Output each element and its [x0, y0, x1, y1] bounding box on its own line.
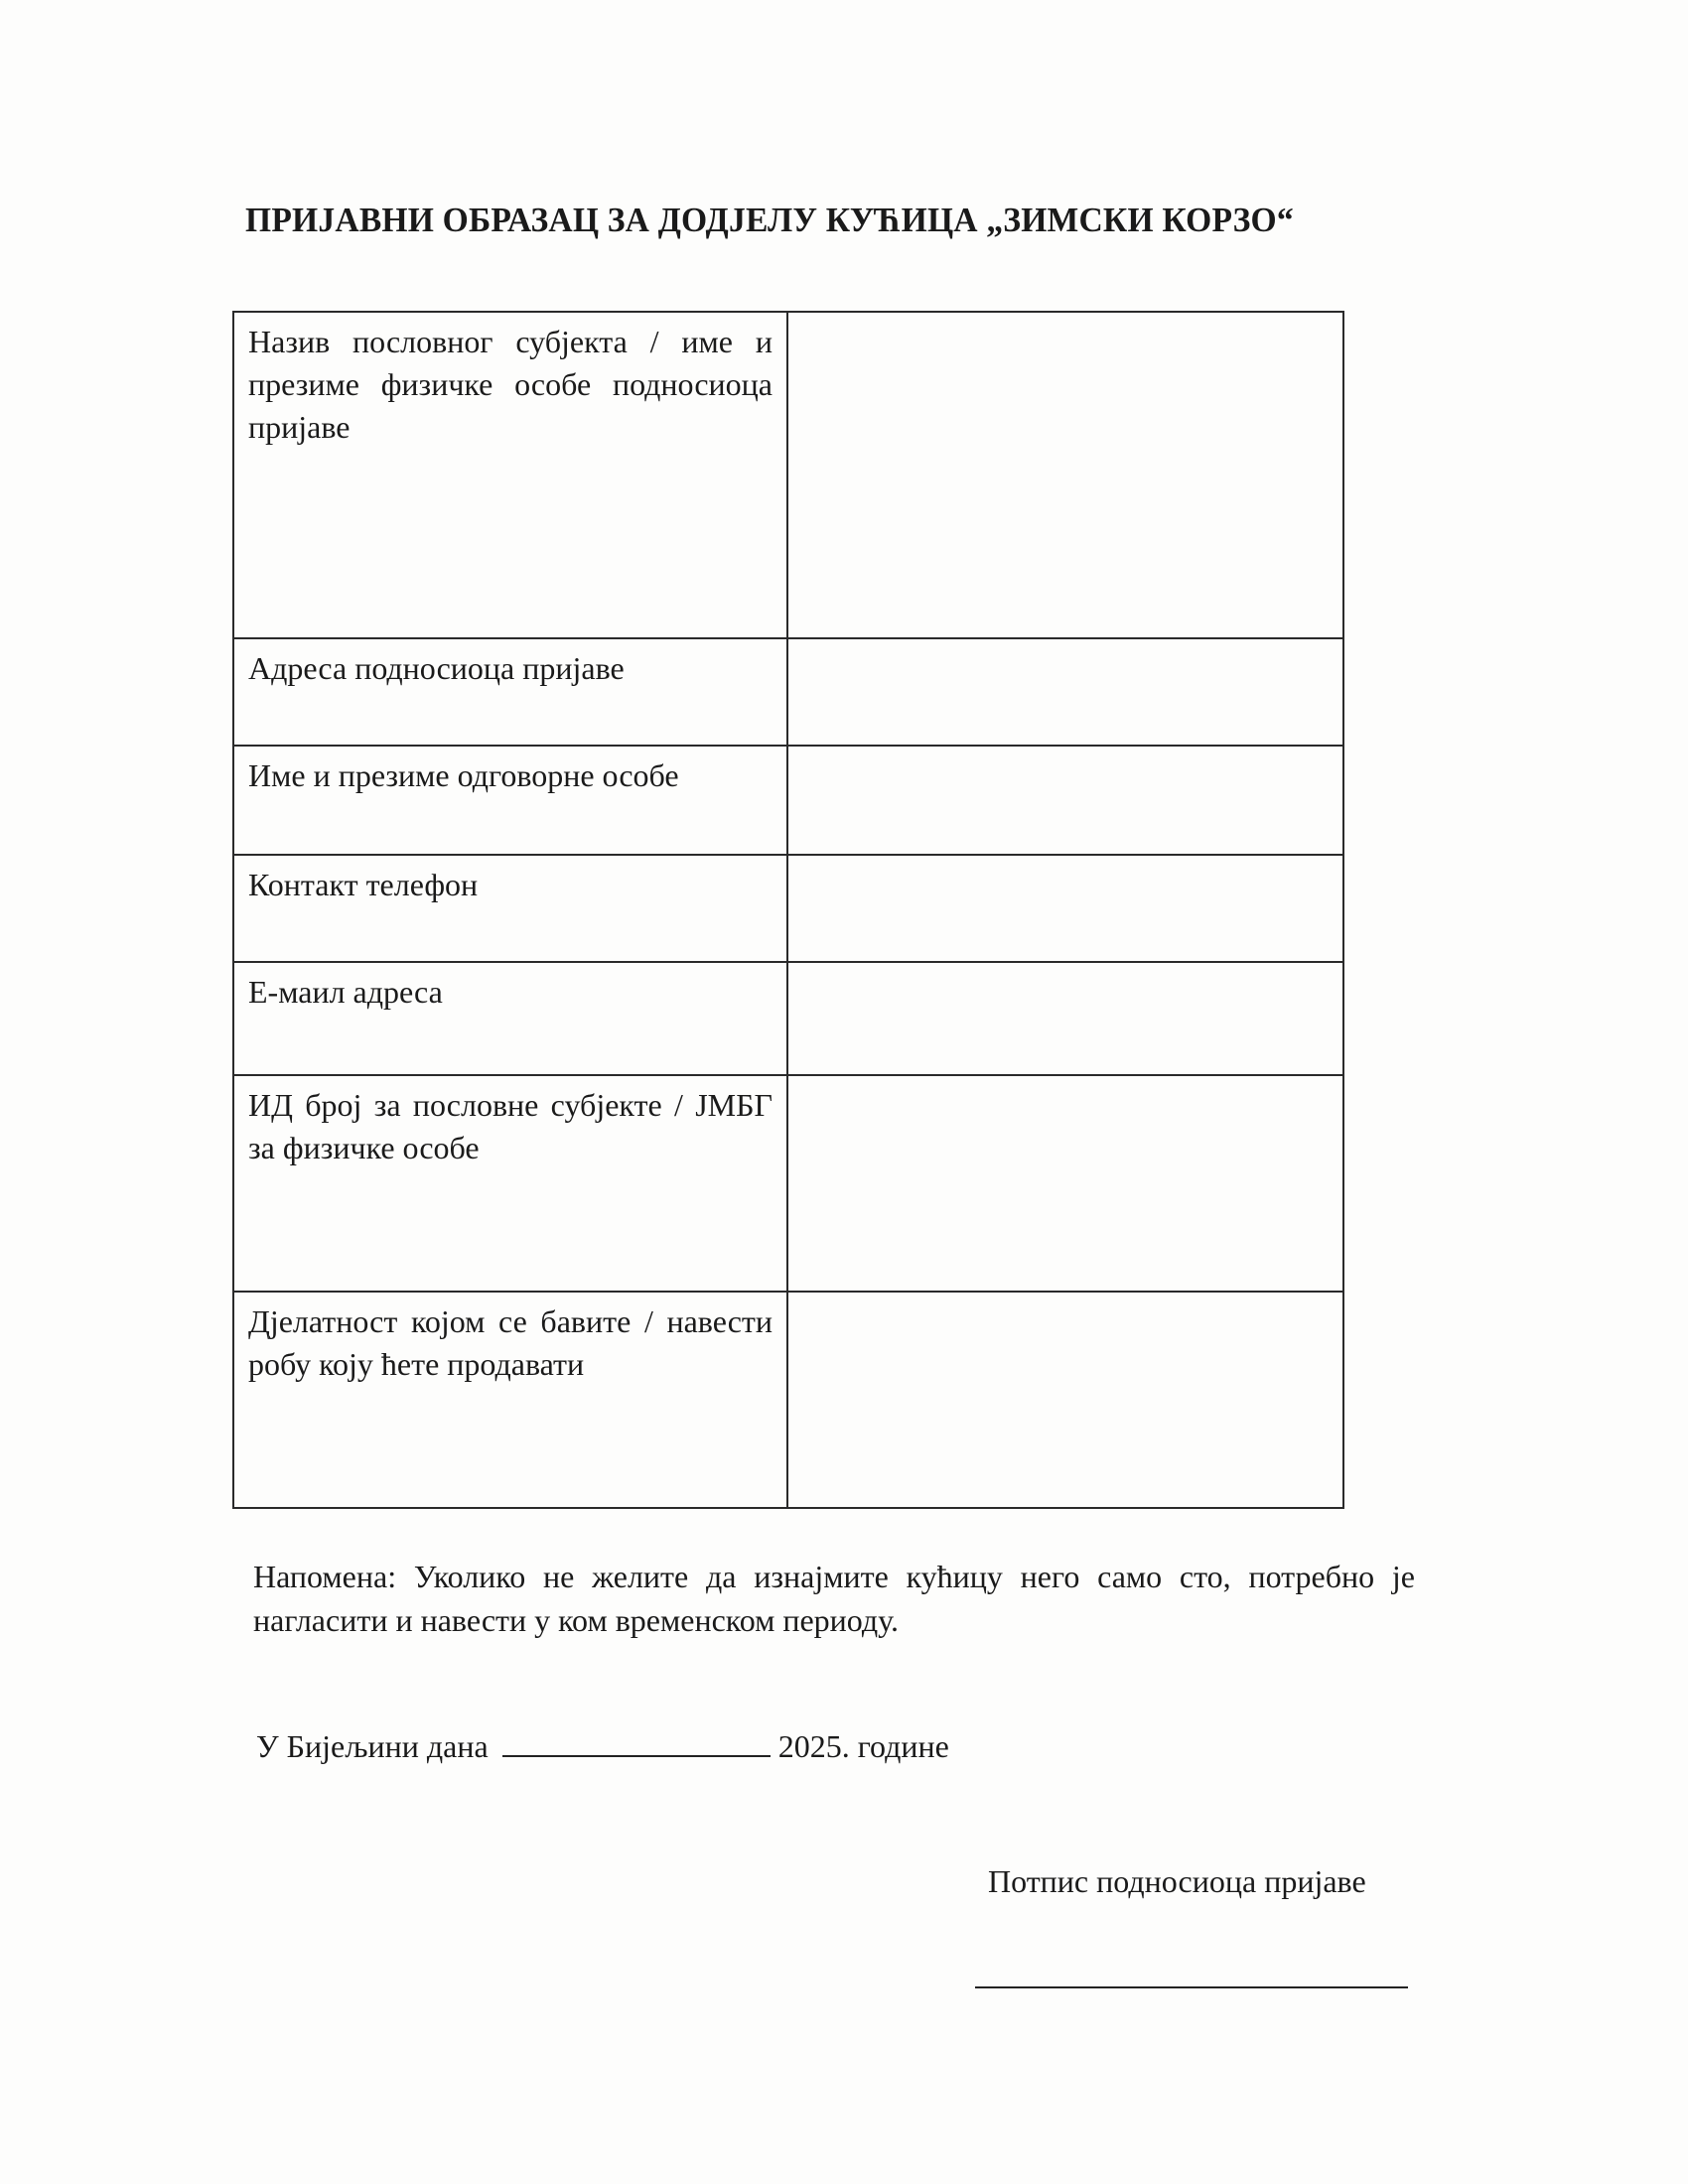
phone-field[interactable] [787, 855, 1343, 962]
business-name-field[interactable] [787, 312, 1343, 638]
form-row-activity: Дјелатност којом се бавите / навести роб… [233, 1292, 1343, 1508]
note-text: Напомена: Уколико не желите да изнајмите… [253, 1555, 1415, 1642]
form-row-address: Адреса подносиоца пријаве [233, 638, 1343, 746]
form-row-id-number: ИД број за пословне субјекте / ЈМБГ за ф… [233, 1075, 1343, 1292]
form-label: Контакт телефон [233, 855, 787, 962]
id-number-field[interactable] [787, 1075, 1343, 1292]
document-title: ПРИЈАВНИ ОБРАЗАЦ ЗА ДОДЈЕЛУ КУЋИЦА „ЗИМС… [245, 201, 1323, 240]
form-row-phone: Контакт телефон [233, 855, 1343, 962]
form-label: Е-маил адреса [233, 962, 787, 1075]
date-suffix: 2025. године [778, 1728, 949, 1764]
form-row-business-name: Назив пословног субјекта / име и презиме… [233, 312, 1343, 638]
form-row-email: Е-маил адреса [233, 962, 1343, 1075]
form-label: Назив пословног субјекта / име и презиме… [233, 312, 787, 638]
email-field[interactable] [787, 962, 1343, 1075]
signature-line-field[interactable] [975, 1986, 1408, 1988]
date-line: У Бијељини дана2025. године [256, 1725, 949, 1765]
form-label: Дјелатност којом се бавите / навести роб… [233, 1292, 787, 1508]
address-field[interactable] [787, 638, 1343, 746]
signature-label: Потпис подносиоца пријаве [988, 1863, 1366, 1900]
date-prefix: У Бијељини дана [256, 1728, 489, 1764]
form-label: ИД број за пословне субјекте / ЈМБГ за ф… [233, 1075, 787, 1292]
form-label: Адреса подносиоца пријаве [233, 638, 787, 746]
application-form-table: Назив пословног субјекта / име и презиме… [232, 311, 1344, 1509]
responsible-person-field[interactable] [787, 746, 1343, 855]
form-label: Име и презиме одговорне особе [233, 746, 787, 855]
date-blank-field[interactable] [502, 1725, 771, 1757]
activity-field[interactable] [787, 1292, 1343, 1508]
form-row-responsible-person: Име и презиме одговорне особе [233, 746, 1343, 855]
